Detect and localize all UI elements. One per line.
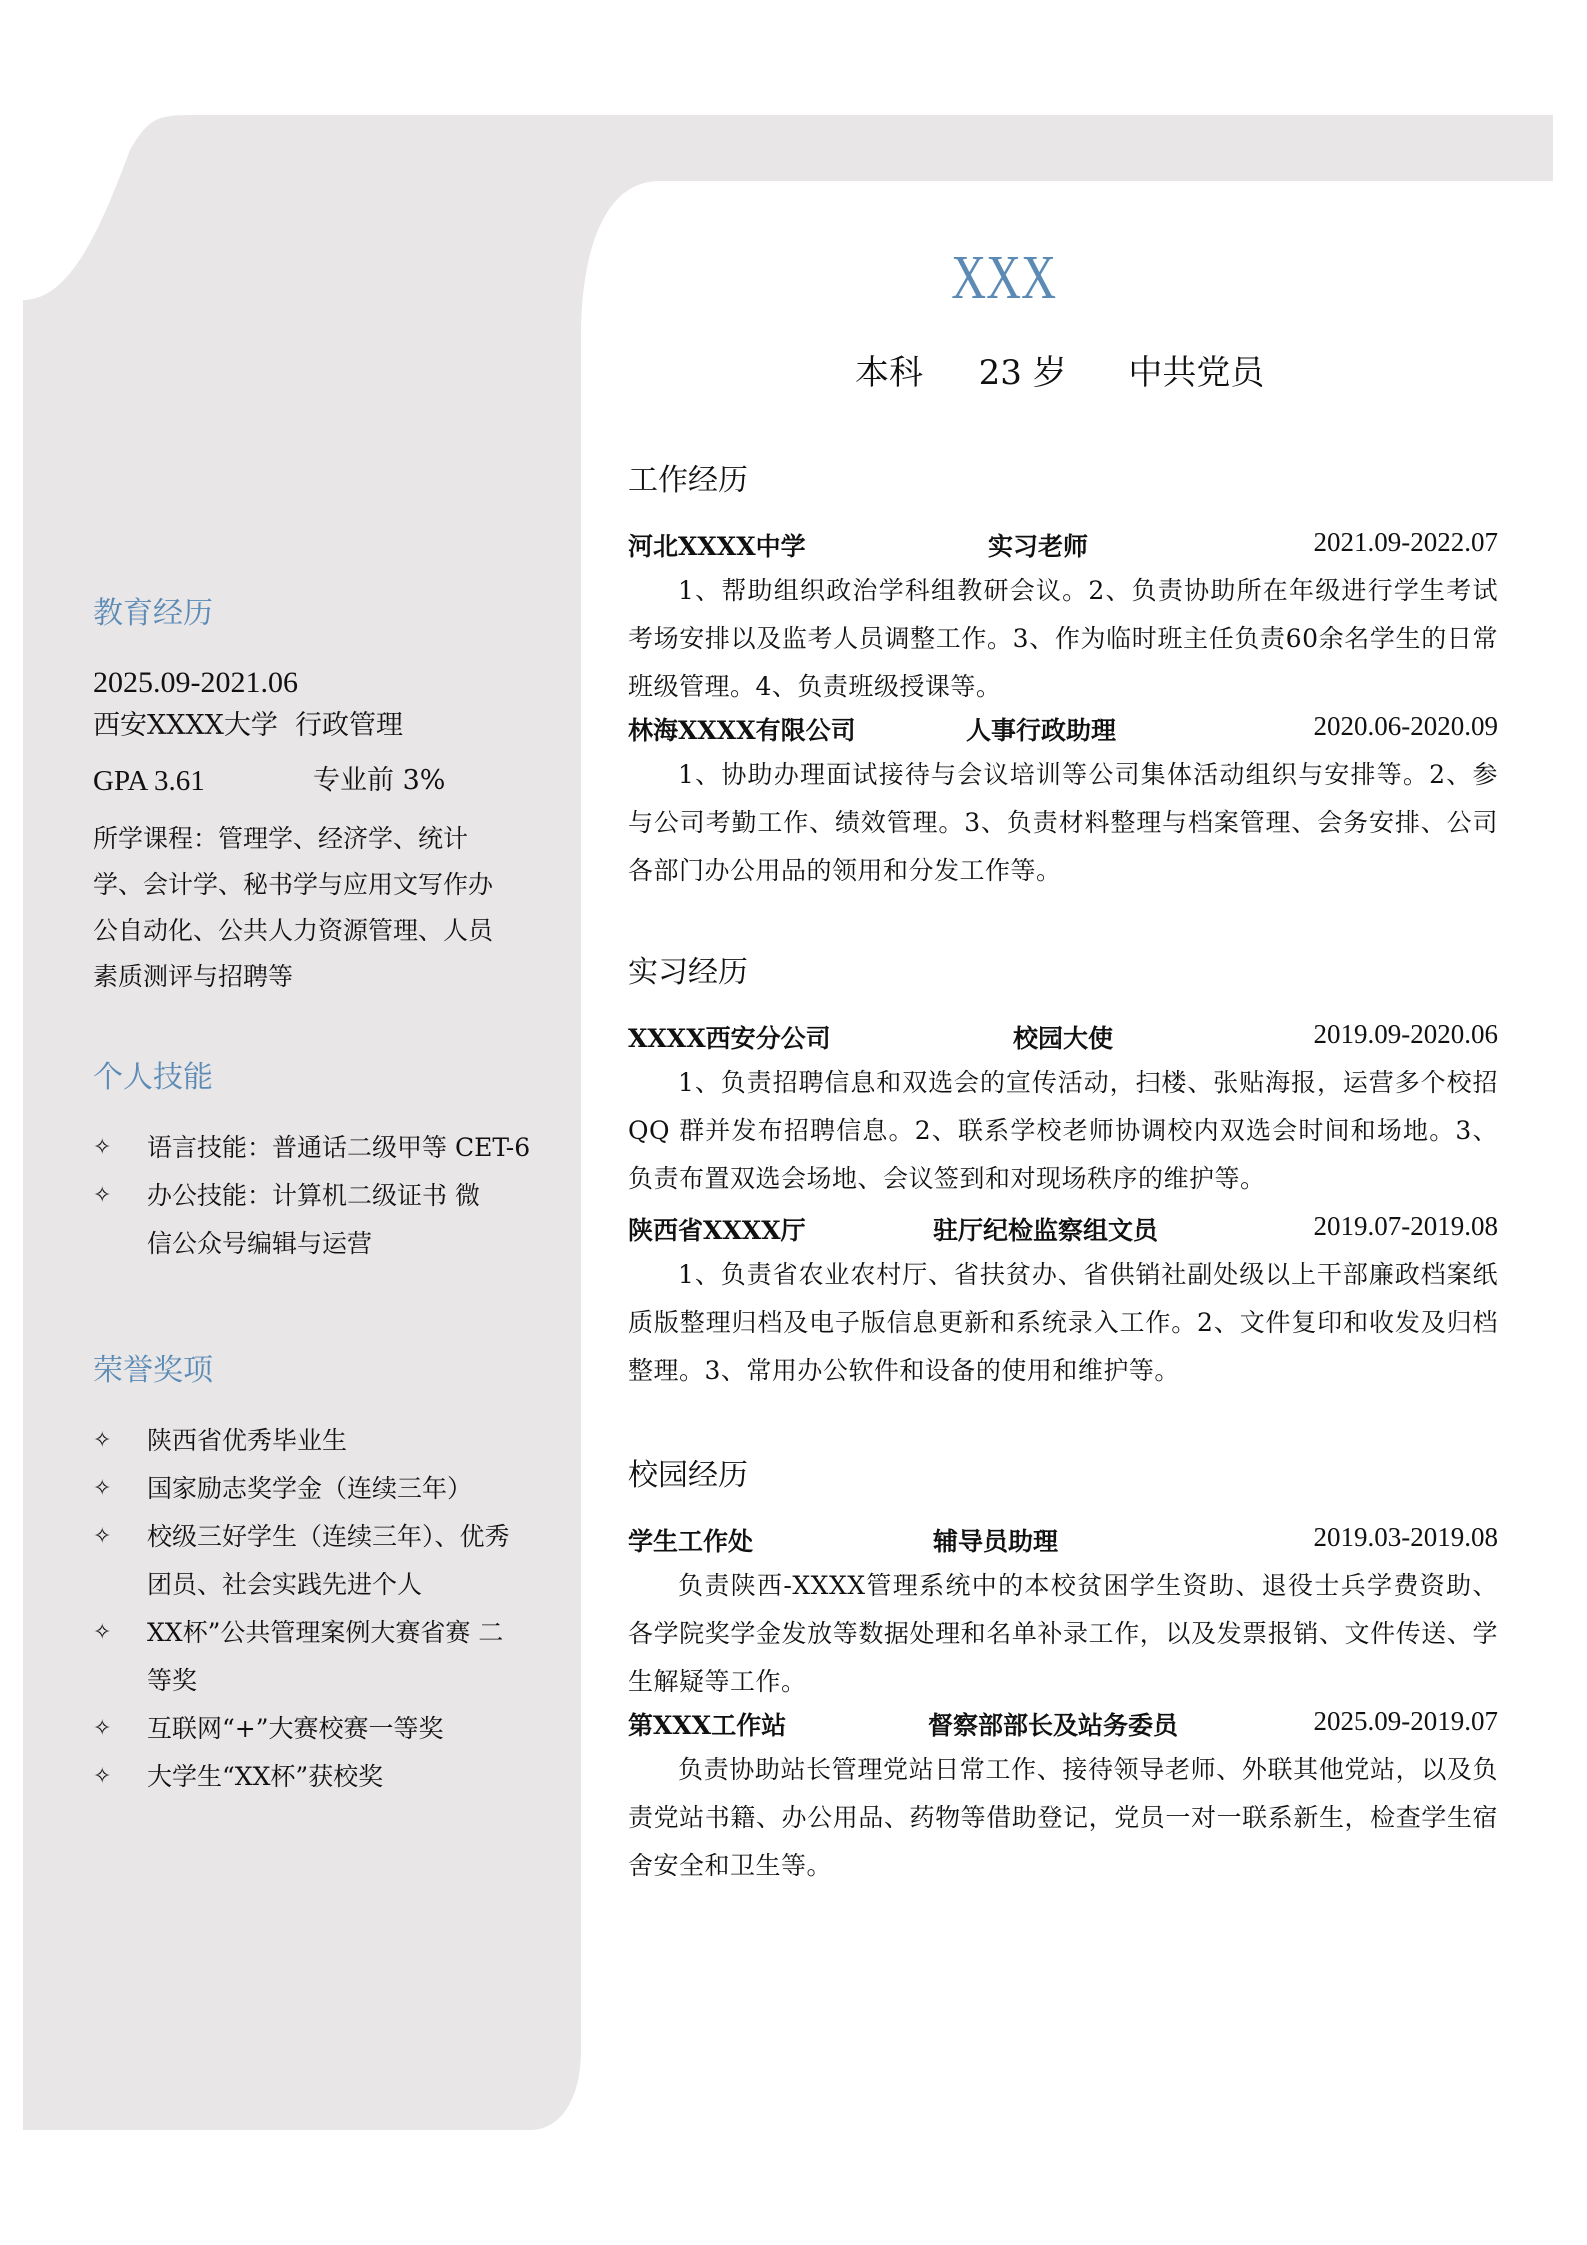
internship-section: 实习经历 XXXX西安分公司 校园大使 2019.09-2020.06 1、负责… — [628, 947, 1498, 1395]
entry-org: 陕西省XXXX厅 — [628, 1211, 806, 1247]
entry-date: 2019.07-2019.08 — [1314, 1211, 1499, 1242]
entry-org: 河北XXXX中学 — [628, 527, 806, 563]
candidate-name: XXX — [221, 243, 1459, 314]
degree: 本科 — [855, 353, 923, 393]
honors-section: 荣誉奖项 ✧陕西省优秀毕业生 ✧国家励志奖学金（连续三年） ✧校级三好学生（连续… — [93, 1345, 563, 1801]
education-period: 2025.09-2021.06 — [93, 662, 563, 704]
entry-role: 驻厅纪检监察组文员 — [933, 1211, 1158, 1247]
four-point-star-icon: ✧ — [93, 1609, 147, 1705]
work-title: 工作经历 — [628, 455, 1498, 499]
entry-date: 2021.09-2022.07 — [1314, 527, 1499, 558]
education-gpa-row: GPA 3.61 专业前 3% — [93, 758, 563, 804]
honor-item: ✧校级三好学生（连续三年）、优秀团员、社会实践先进个人 — [93, 1513, 563, 1609]
entry-description: 1、负责招聘信息和双选会的宣传活动，扫楼、张贴海报，运营多个校招 QQ 群并发布… — [628, 1059, 1498, 1203]
age: 23 岁 — [979, 353, 1067, 393]
work-section: 工作经历 河北XXXX中学 实习老师 2021.09-2022.07 1、帮助组… — [628, 455, 1498, 895]
entry-date: 2019.03-2019.08 — [1314, 1522, 1499, 1553]
entry-date: 2020.06-2020.09 — [1314, 711, 1499, 742]
entry-date: 2019.09-2020.06 — [1314, 1019, 1499, 1050]
honor-item: ✧国家励志奖学金（连续三年） — [93, 1465, 563, 1513]
education-section: 教育经历 2025.09-2021.06 西安XXXX大学 行政管理 GPA 3… — [93, 588, 563, 1000]
work-entry: 林海XXXX有限公司 人事行政助理 2020.06-2020.09 1、协助办理… — [628, 711, 1498, 895]
gpa: GPA 3.61 — [93, 758, 313, 804]
skills-title: 个人技能 — [93, 1052, 563, 1096]
entry-role: 辅导员助理 — [933, 1522, 1058, 1558]
political-status: 中共党员 — [1128, 353, 1264, 393]
entry-description: 1、负责省农业农村厅、省扶贫办、省供销社副处级以上干部廉政档案纸质版整理归档及电… — [628, 1251, 1498, 1395]
campus-entry: 学生工作处 辅导员助理 2019.03-2019.08 负责陕西-XXXX管理系… — [628, 1522, 1498, 1706]
four-point-star-icon: ✧ — [93, 1705, 147, 1753]
honor-item: ✧XX杯”公共管理案例大赛省赛 二等奖 — [93, 1609, 563, 1705]
rank: 专业前 3% — [313, 758, 445, 804]
entry-description: 负责陕西-XXXX管理系统中的本校贫困学生资助、退役士兵学费资助、各学院奖学金发… — [628, 1562, 1498, 1706]
entry-description: 1、协助办理面试接待与会议培训等公司集体活动组织与安排等。2、参与公司考勤工作、… — [628, 751, 1498, 895]
four-point-star-icon: ✧ — [93, 1172, 147, 1268]
work-entry: 河北XXXX中学 实习老师 2021.09-2022.07 1、帮助组织政治学科… — [628, 527, 1498, 711]
four-point-star-icon: ✧ — [93, 1124, 147, 1172]
entry-role: 督察部部长及站务委员 — [928, 1706, 1178, 1742]
skills-section: 个人技能 ✧ 语言技能：普通话二级甲等 CET-6 ✧ 办公技能：计算机二级证书… — [93, 1052, 563, 1268]
four-point-star-icon: ✧ — [93, 1513, 147, 1609]
education-courses: 所学课程：管理学、经济学、统计学、会计学、秘书学与应用文写作办公自动化、公共人力… — [93, 816, 513, 1000]
entry-role: 校园大使 — [1013, 1019, 1113, 1055]
entry-org: XXXX西安分公司 — [628, 1019, 831, 1055]
campus-entry: 第XXX工作站 督察部部长及站务委员 2025.09-2019.07 负责协助站… — [628, 1706, 1498, 1890]
entry-org: 林海XXXX有限公司 — [628, 711, 856, 747]
internship-entry: 陕西省XXXX厅 驻厅纪检监察组文员 2019.07-2019.08 1、负责省… — [628, 1211, 1498, 1395]
entry-org: 第XXX工作站 — [628, 1706, 786, 1742]
internship-entry: XXXX西安分公司 校园大使 2019.09-2020.06 1、负责招聘信息和… — [628, 1019, 1498, 1203]
four-point-star-icon: ✧ — [93, 1465, 147, 1513]
four-point-star-icon: ✧ — [93, 1753, 147, 1801]
subtitle: 本科 23 岁 中共党员 — [855, 345, 1264, 394]
entry-org: 学生工作处 — [628, 1522, 753, 1558]
entry-description: 1、帮助组织政治学科组教研会议。2、负责协助所在年级进行学生考试考场安排以及监考… — [628, 567, 1498, 711]
entry-date: 2025.09-2019.07 — [1314, 1706, 1499, 1737]
honor-item: ✧陕西省优秀毕业生 — [93, 1417, 563, 1465]
education-school-major: 西安XXXX大学 行政管理 — [93, 704, 563, 748]
internship-title: 实习经历 — [628, 947, 1498, 991]
honor-item: ✧大学生“XX杯”获校奖 — [93, 1753, 563, 1801]
campus-section: 校园经历 学生工作处 辅导员助理 2019.03-2019.08 负责陕西-XX… — [628, 1450, 1498, 1890]
skill-item: ✧ 语言技能：普通话二级甲等 CET-6 — [93, 1124, 563, 1172]
honors-title: 荣誉奖项 — [93, 1345, 563, 1389]
entry-role: 实习老师 — [988, 527, 1088, 563]
skill-item: ✧ 办公技能：计算机二级证书 微信公众号编辑与运营 — [93, 1172, 563, 1268]
entry-description: 负责协助站长管理党站日常工作、接待领导老师、外联其他党站，以及负责党站书籍、办公… — [628, 1746, 1498, 1890]
entry-role: 人事行政助理 — [966, 711, 1116, 747]
four-point-star-icon: ✧ — [93, 1417, 147, 1465]
honor-item: ✧互联网“+”大赛校赛一等奖 — [93, 1705, 563, 1753]
campus-title: 校园经历 — [628, 1450, 1498, 1494]
education-title: 教育经历 — [93, 588, 563, 632]
